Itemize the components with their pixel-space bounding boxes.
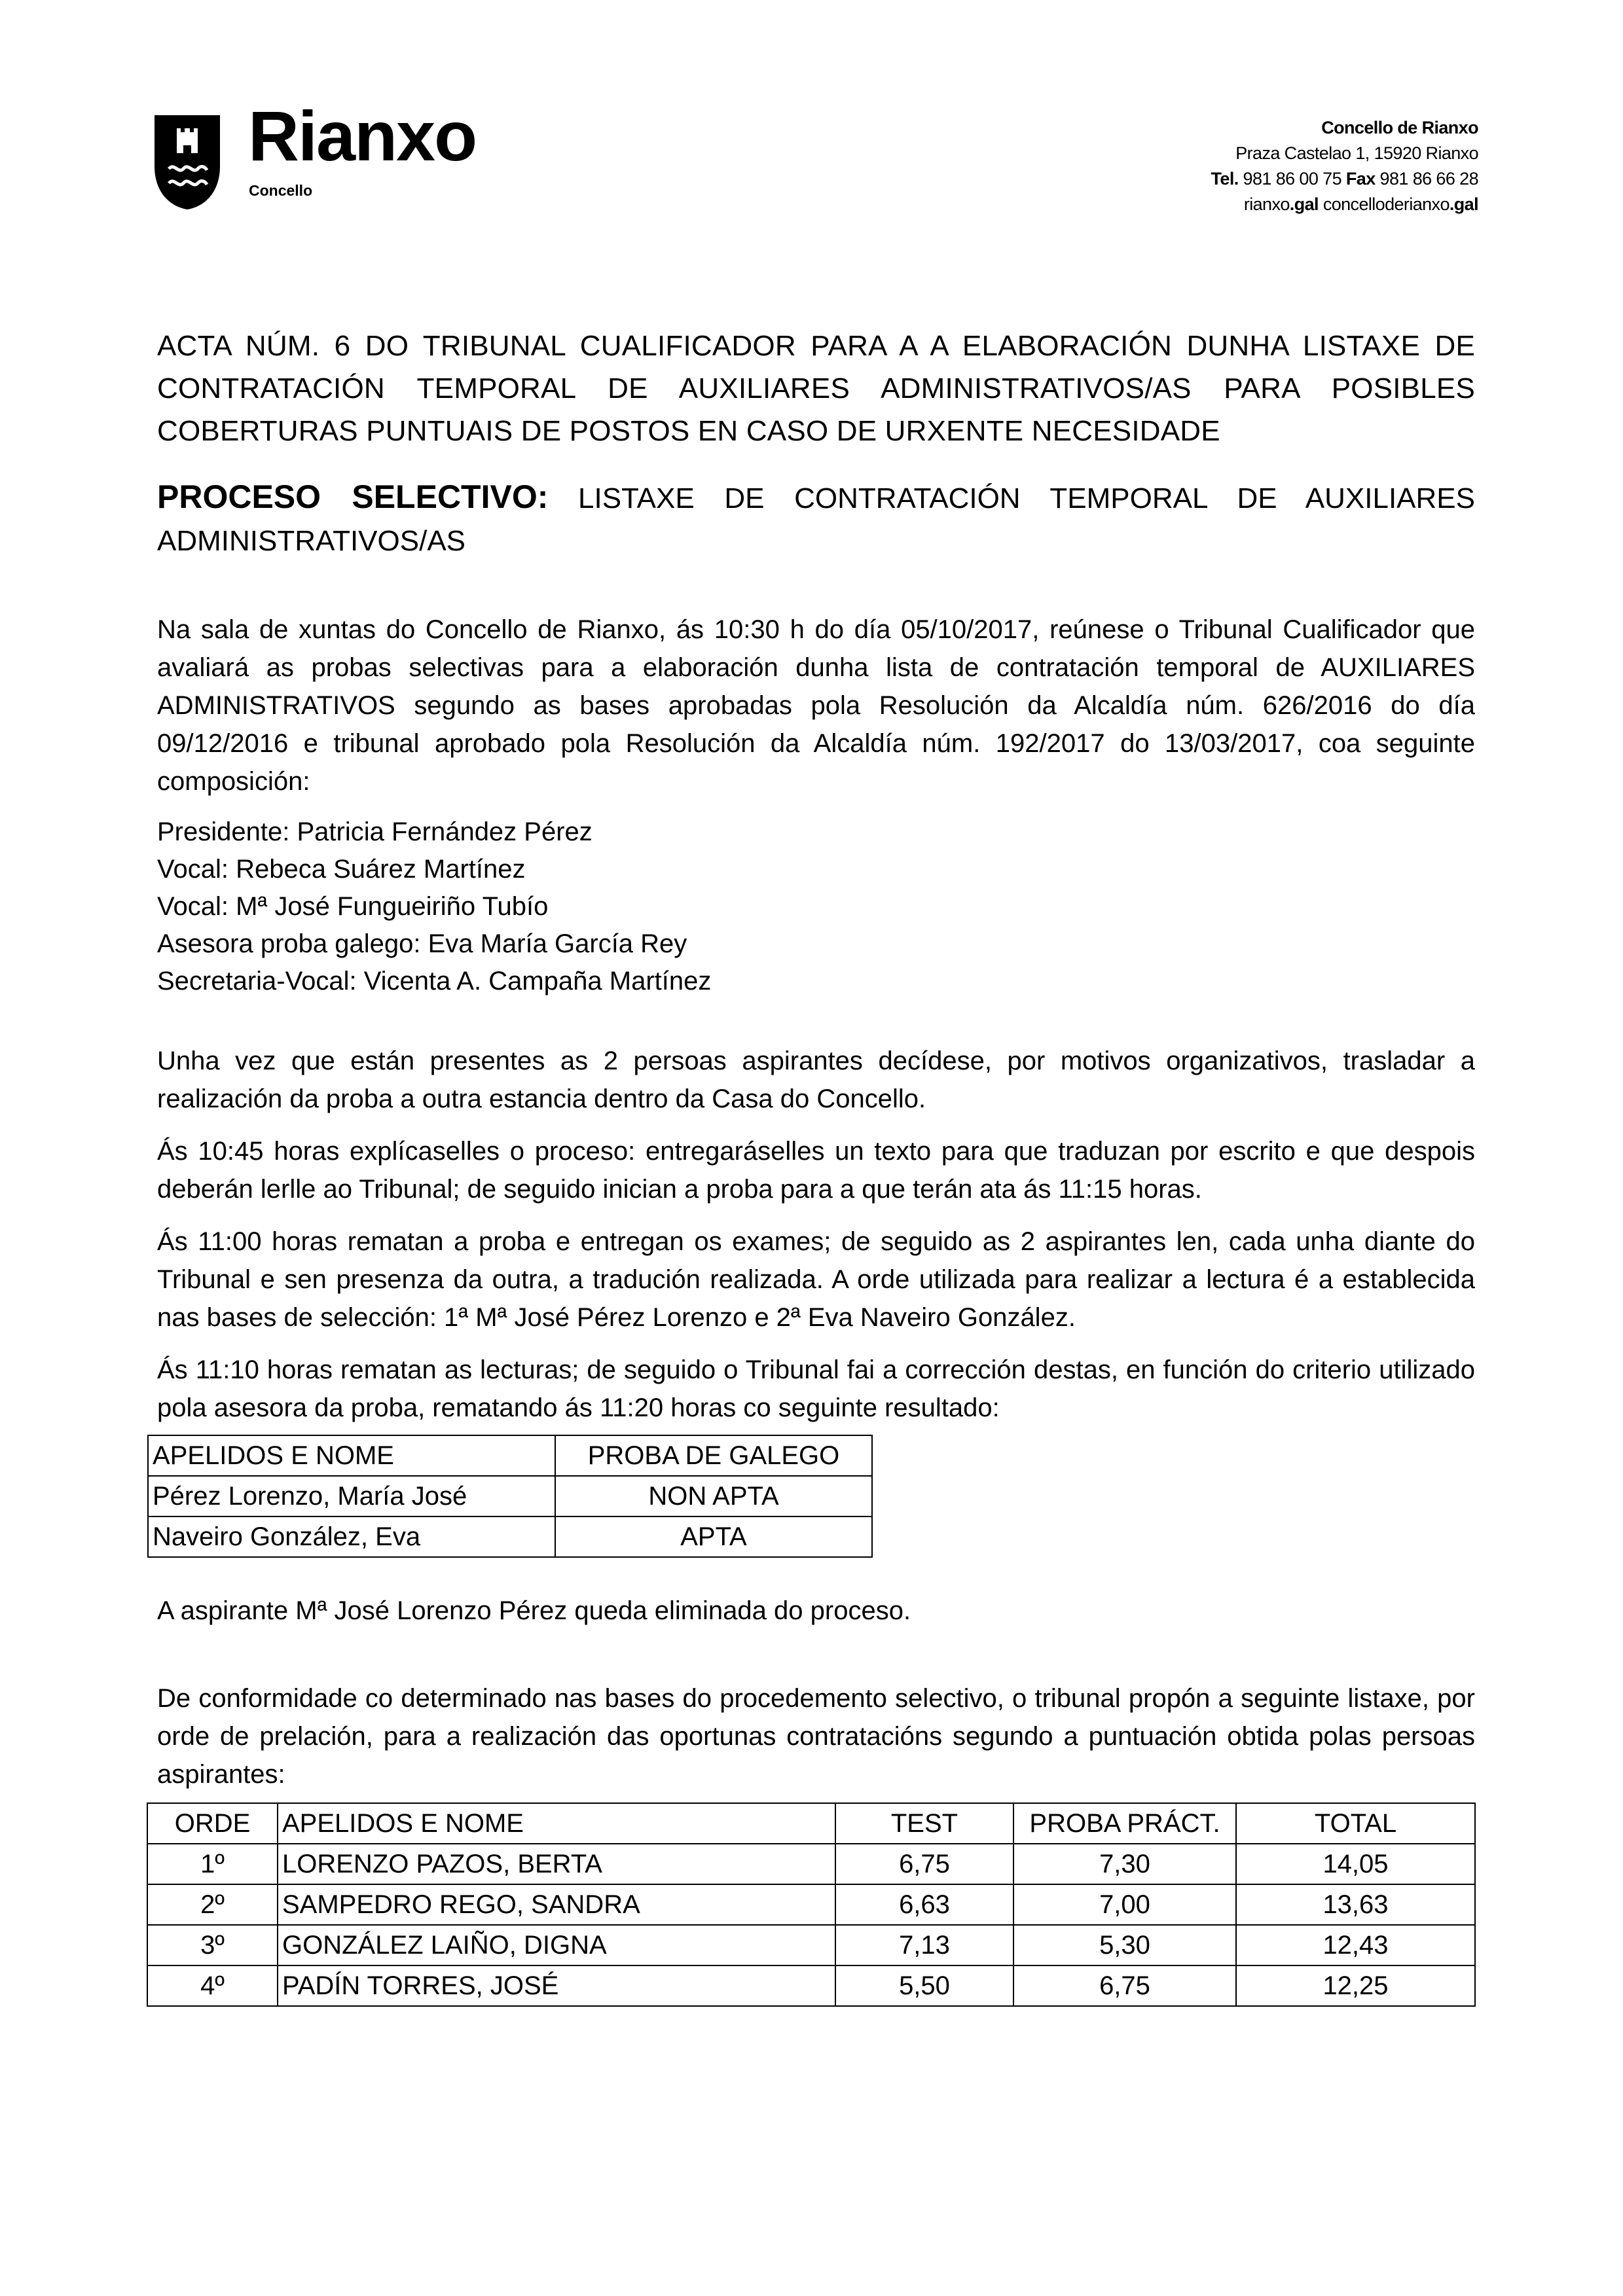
document-body: ACTA NÚM. 6 DO TRIBUNAL CUALIFICADOR PAR…: [157, 325, 1475, 2007]
shield-icon: [155, 115, 220, 209]
web-link-rianxo[interactable]: rianxo.gal: [1244, 194, 1319, 214]
header-total: TOTAL: [1236, 1803, 1475, 1844]
cell-name: LORENZO PAZOS, BERTA: [278, 1844, 835, 1884]
ranking-table: ORDE APELIDOS E NOME TEST PROBA PRÁCT. T…: [147, 1803, 1476, 2007]
tel-number: 981 86 00 75: [1243, 169, 1341, 188]
cell-name: Naveiro González, Eva: [148, 1516, 555, 1557]
table-row: 1º LORENZO PAZOS, BERTA 6,75 7,30 14,05: [147, 1844, 1475, 1884]
fax-label: Fax: [1346, 169, 1376, 188]
tribunal-members: Presidente: Patricia Fernández Pérez Voc…: [157, 814, 1475, 1000]
cell-name: SAMPEDRO REGO, SANDRA: [278, 1884, 835, 1925]
cell-orde: 3º: [147, 1925, 278, 1965]
header-orde: ORDE: [147, 1803, 278, 1844]
cell-name: Pérez Lorenzo, María José: [148, 1476, 555, 1516]
cell-practical: 7,30: [1013, 1844, 1236, 1884]
brand-name: Rianxo: [248, 101, 476, 171]
member-advisor: Asesora proba galego: Eva María García R…: [157, 925, 1475, 963]
paragraph-correction: Ás 11:10 horas rematan as lecturas; de s…: [157, 1351, 1475, 1427]
paragraph-transfer: Unha vez que están presentes as 2 persoa…: [157, 1042, 1475, 1118]
cell-total: 12,25: [1236, 1965, 1475, 2006]
cell-name: GONZÁLEZ LAIÑO, DIGNA: [278, 1925, 835, 1965]
table-row: 4º PADÍN TORRES, JOSÉ 5,50 6,75 12,25: [147, 1965, 1475, 2006]
cell-total: 14,05: [1236, 1844, 1475, 1884]
process-label: PROCESO SELECTIVO:: [157, 478, 548, 515]
member-secretary: Secretaria-Vocal: Vicenta A. Campaña Mar…: [157, 963, 1475, 1000]
web1-tld: .gal: [1290, 194, 1319, 214]
cell-test: 5,50: [835, 1965, 1013, 2006]
process-heading: PROCESO SELECTIVO: LISTAXE DE CONTRATACI…: [157, 476, 1475, 562]
cell-total: 12,43: [1236, 1925, 1475, 1965]
header-test: TEST: [835, 1803, 1013, 1844]
cell-test: 7,13: [835, 1925, 1013, 1965]
header-practical: PROBA PRÁCT.: [1013, 1803, 1236, 1844]
concello-logo: Rianxo Concello: [155, 115, 508, 213]
contact-org: Concello de Rianxo: [1211, 115, 1478, 141]
contact-phone-line: Tel. 981 86 00 75 Fax 981 86 66 28: [1211, 166, 1478, 192]
paragraph-process: Ás 10:45 horas explícaselles o proceso: …: [157, 1132, 1475, 1208]
document-title: ACTA NÚM. 6 DO TRIBUNAL CUALIFICADOR PAR…: [157, 325, 1475, 452]
cell-test: 6,63: [835, 1884, 1013, 1925]
brand-subtitle: Concello: [249, 182, 312, 200]
cell-practical: 6,75: [1013, 1965, 1236, 2006]
cell-orde: 2º: [147, 1884, 278, 1925]
web2-tld: .gal: [1450, 194, 1478, 214]
cell-practical: 7,00: [1013, 1884, 1236, 1925]
tel-label: Tel.: [1211, 169, 1239, 188]
cell-orde: 1º: [147, 1844, 278, 1884]
header-name: APELIDOS E NOME: [278, 1803, 835, 1844]
member-president: Presidente: Patricia Fernández Pérez: [157, 814, 1475, 851]
web2-name: concelloderianxo: [1323, 194, 1450, 214]
table-header-row: APELIDOS E NOME PROBA DE GALEGO: [148, 1435, 872, 1476]
contact-web-line: rianxo.gal concelloderianxo.gal: [1211, 192, 1478, 217]
cell-practical: 5,30: [1013, 1925, 1236, 1965]
table-row: Naveiro González, Eva APTA: [148, 1516, 872, 1557]
cell-total: 13,63: [1236, 1884, 1475, 1925]
eliminated-notice: A aspirante Mª José Lorenzo Pérez queda …: [157, 1592, 1475, 1630]
member-vocal-1: Vocal: Rebeca Suárez Martínez: [157, 851, 1475, 888]
table-row: 2º SAMPEDRO REGO, SANDRA 6,63 7,00 13,63: [147, 1884, 1475, 1925]
header-galego: PROBA DE GALEGO: [555, 1435, 872, 1476]
fax-number: 981 86 66 28: [1380, 169, 1478, 188]
table-header-row: ORDE APELIDOS E NOME TEST PROBA PRÁCT. T…: [147, 1803, 1475, 1844]
cell-result: NON APTA: [555, 1476, 872, 1516]
contact-block: Concello de Rianxo Praza Castelao 1, 159…: [1211, 115, 1478, 217]
table-row: 3º GONZÁLEZ LAIÑO, DIGNA 7,13 5,30 12,43: [147, 1925, 1475, 1965]
web-link-concelloderianxo[interactable]: concelloderianxo.gal: [1323, 194, 1478, 214]
galego-results-table: APELIDOS E NOME PROBA DE GALEGO Pérez Lo…: [147, 1435, 873, 1558]
intro-paragraph: Na sala de xuntas do Concello de Rianxo,…: [157, 611, 1475, 800]
web1-name: rianxo: [1244, 194, 1290, 214]
cell-result: APTA: [555, 1516, 872, 1557]
cell-name: PADÍN TORRES, JOSÉ: [278, 1965, 835, 2006]
member-vocal-2: Vocal: Mª José Fungueiriño Tubío: [157, 888, 1475, 925]
table-row: Pérez Lorenzo, María José NON APTA: [148, 1476, 872, 1516]
cell-orde: 4º: [147, 1965, 278, 2006]
header-name: APELIDOS E NOME: [148, 1435, 555, 1476]
cell-test: 6,75: [835, 1844, 1013, 1884]
paragraph-ranking: De conformidade co determinado nas bases…: [157, 1679, 1475, 1793]
paragraph-reading: Ás 11:00 horas rematan a proba e entrega…: [157, 1223, 1475, 1336]
contact-address: Praza Castelao 1, 15920 Rianxo: [1211, 141, 1478, 166]
